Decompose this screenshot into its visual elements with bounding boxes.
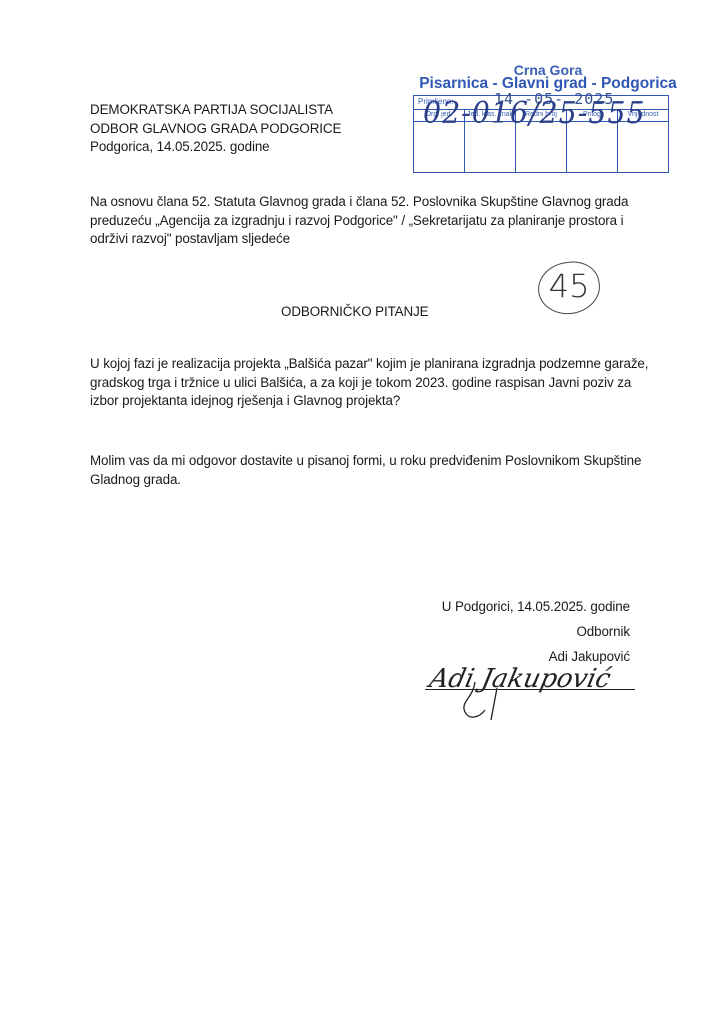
org-name: DEMOKRATSKA PARTIJA SOCIJALISTA <box>90 101 341 120</box>
signature-flourish <box>455 680 515 725</box>
stamp-registry-number: 02-016/25-555 <box>423 96 646 131</box>
sender-place-date: Podgorica, 14.05.2025. godine <box>90 138 341 157</box>
document-title: ODBORNIČKO PITANJE <box>281 303 429 322</box>
signer-role: Odbornik <box>576 623 630 642</box>
question-paragraph: U kojoj fazi je realizacija projekta „Ba… <box>90 355 660 411</box>
handwritten-number-circle: 45 <box>535 258 604 318</box>
intro-paragraph: Na osnovu člana 52. Statuta Glavnog grad… <box>90 193 650 249</box>
footer-place-date: U Podgorici, 14.05.2025. godine <box>442 598 630 617</box>
sender-block: DEMOKRATSKA PARTIJA SOCIJALISTA ODBOR GL… <box>90 101 341 157</box>
org-committee: ODBOR GLAVNOG GRADA PODGORICE <box>90 120 341 139</box>
handwritten-number: 45 <box>549 267 590 305</box>
registry-stamp: Crna Gora Pisarnica - Glavni grad - Podg… <box>413 62 683 174</box>
request-paragraph: Molim vas da mi odgovor dostavite u pisa… <box>90 452 650 489</box>
